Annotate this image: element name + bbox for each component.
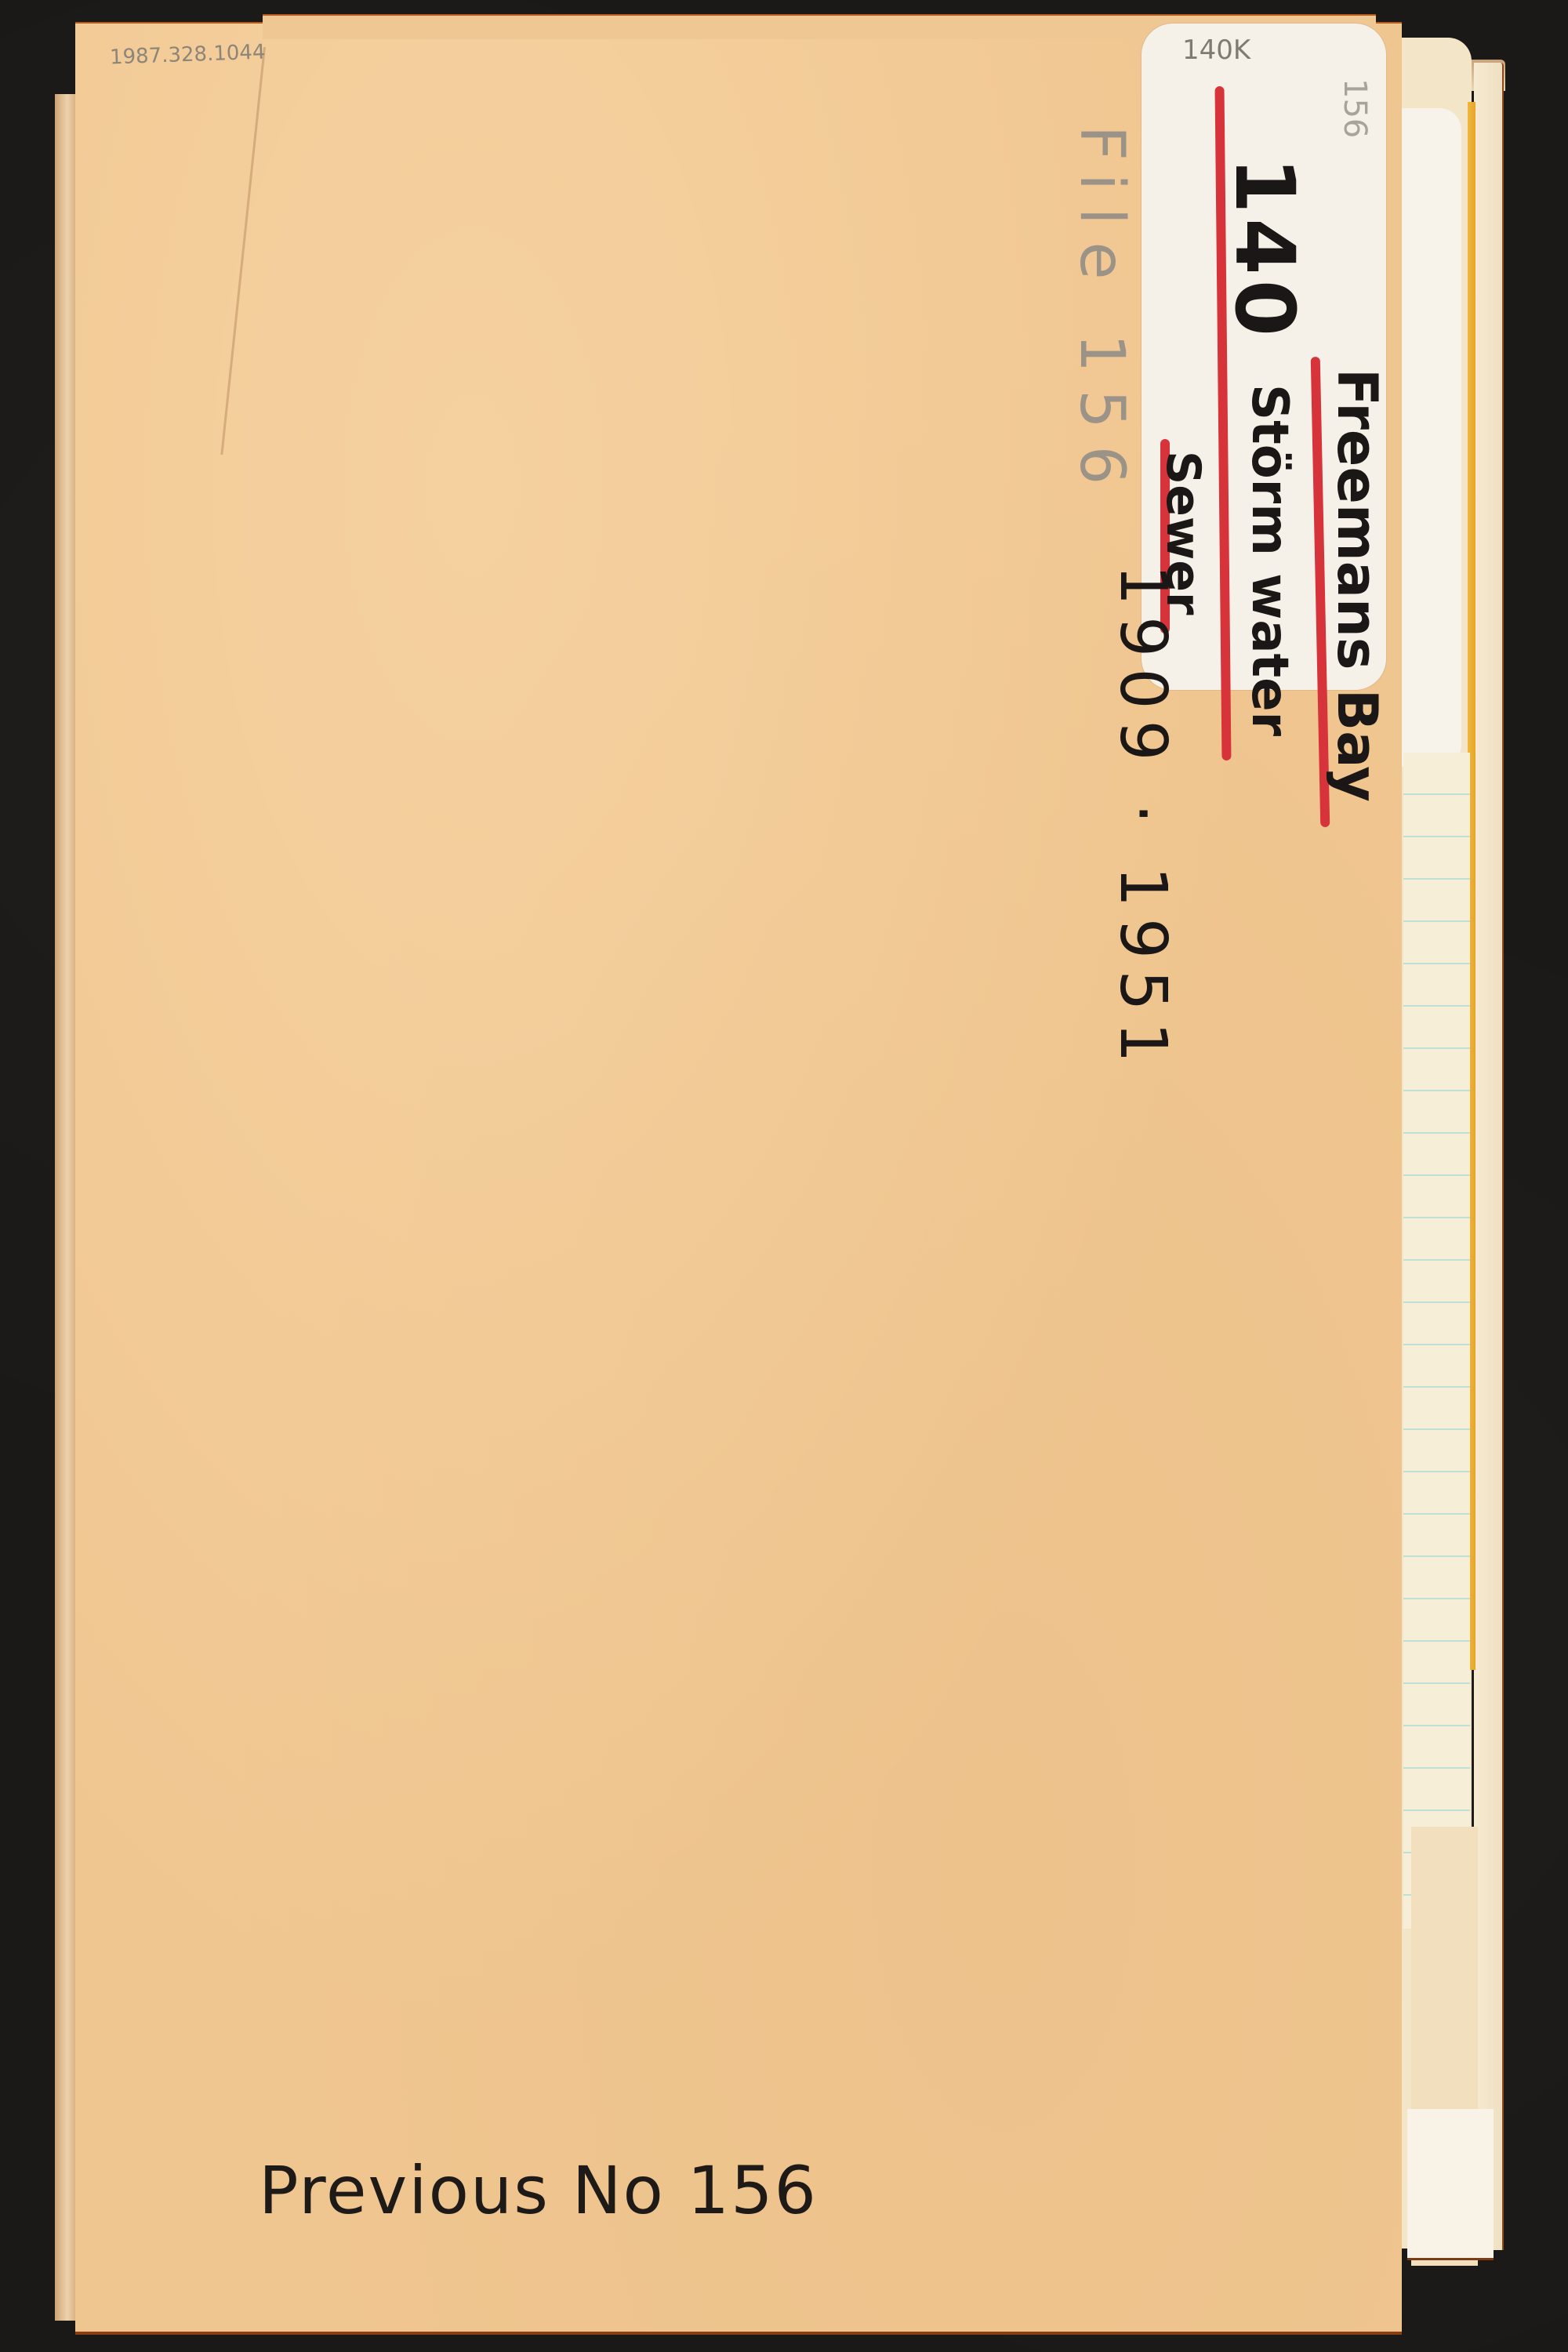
label-pencil-top: 140K: [1182, 34, 1250, 66]
label-pencil-side: 156: [1337, 78, 1373, 138]
lined-page: [1403, 753, 1470, 1929]
label-title-line2: Störm water: [1240, 384, 1298, 736]
lower-white-page: [1407, 2109, 1494, 2260]
back-page: [1474, 63, 1504, 2250]
folder-spine: [55, 94, 75, 2321]
previous-number: Previous No 156: [259, 2152, 818, 2229]
date-range: 1909 · 1951: [1105, 564, 1180, 1074]
folder-crease: [220, 47, 266, 455]
label-file-number: 140: [1217, 157, 1312, 341]
label-title-line1: Freemans Bay: [1325, 368, 1389, 802]
inner-white-tab: [1397, 108, 1461, 767]
cover-pencil-note: File 156: [1066, 125, 1137, 502]
